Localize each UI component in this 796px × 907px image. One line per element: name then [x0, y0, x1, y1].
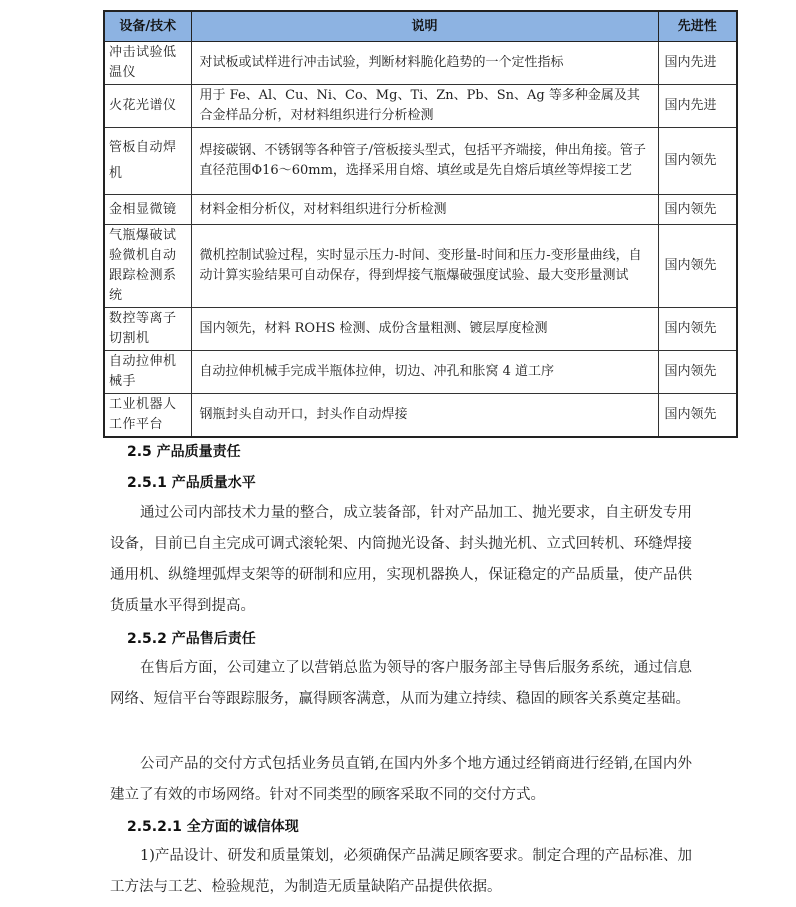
equipment-description: 用于 Fe、Al、Cu、Ni、Co、Mg、Ti、Zn、Pb、Sn、Ag 等多种金…	[191, 85, 658, 128]
table-row: 冲击试验低温仪 对试板或试样进行冲击试验，判断材料脆化趋势的一个定性指标 国内先…	[104, 42, 737, 85]
equipment-advancement: 国内领先	[658, 308, 737, 351]
paragraph-integrity: 1)产品设计、研发和质量策划，必须确保产品满足顾客要求。制定合理的产品标准、加工…	[110, 841, 692, 903]
paragraph-after-sales: 在售后方面，公司建立了以营销总监为领导的客户服务部主导售后服务系统，通过信息网络…	[110, 653, 692, 715]
equipment-name: 管板自动焊机	[104, 128, 191, 195]
equipment-description: 对试板或试样进行冲击试验，判断材料脆化趋势的一个定性指标	[191, 42, 658, 85]
table-header-row: 设备/技术 说明 先进性	[104, 11, 737, 42]
section-heading-2-5-1: 2.5.1 产品质量水平	[127, 472, 256, 492]
equipment-table: 设备/技术 说明 先进性 冲击试验低温仪 对试板或试样进行冲击试验，判断材料脆化…	[103, 10, 738, 438]
section-heading-2-5-2: 2.5.2 产品售后责任	[127, 628, 256, 648]
equipment-name: 金相显微镜	[104, 195, 191, 225]
table-row: 工业机器人工作平台 钢瓶封头自动开口，封头作自动焊接 国内领先	[104, 394, 737, 438]
equipment-name: 工业机器人工作平台	[104, 394, 191, 438]
section-heading-2-5-2-1: 2.5.2.1 全方面的诚信体现	[127, 816, 299, 836]
equipment-advancement: 国内先进	[658, 85, 737, 128]
equipment-name: 数控等离子切割机	[104, 308, 191, 351]
equipment-description: 微机控制试验过程，实时显示压力-时间、变形量-时间和压力-变形量曲线，自动计算实…	[191, 225, 658, 308]
equipment-advancement: 国内领先	[658, 351, 737, 394]
equipment-advancement: 国内领先	[658, 394, 737, 438]
header-description: 说明	[191, 11, 658, 42]
equipment-advancement: 国内领先	[658, 195, 737, 225]
equipment-advancement: 国内领先	[658, 225, 737, 308]
equipment-description: 焊接碳钢、不锈钢等各种管子/管板接头型式，包括平齐端接，伸出角接。管子直径范围Φ…	[191, 128, 658, 195]
equipment-advancement: 国内领先	[658, 128, 737, 195]
equipment-advancement: 国内先进	[658, 42, 737, 85]
equipment-description: 材料金相分析仪，对材料组织进行分析检测	[191, 195, 658, 225]
table-row: 火花光谱仪 用于 Fe、Al、Cu、Ni、Co、Mg、Ti、Zn、Pb、Sn、A…	[104, 85, 737, 128]
equipment-description: 国内领先，材料 ROHS 检测、成份含量粗测、镀层厚度检测	[191, 308, 658, 351]
section-heading-2-5: 2.5 产品质量责任	[127, 441, 241, 461]
table-row: 金相显微镜 材料金相分析仪，对材料组织进行分析检测 国内领先	[104, 195, 737, 225]
equipment-name: 自动拉伸机械手	[104, 351, 191, 394]
paragraph-quality-level: 通过公司内部技术力量的整合，成立装备部，针对产品加工、抛光要求，自主研发专用设备…	[110, 498, 692, 622]
equipment-name: 火花光谱仪	[104, 85, 191, 128]
table-row: 数控等离子切割机 国内领先，材料 ROHS 检测、成份含量粗测、镀层厚度检测 国…	[104, 308, 737, 351]
document-page: 设备/技术 说明 先进性 冲击试验低温仪 对试板或试样进行冲击试验，判断材料脆化…	[0, 0, 796, 907]
table-row: 气瓶爆破试验微机自动跟踪检测系统 微机控制试验过程，实时显示压力-时间、变形量-…	[104, 225, 737, 308]
equipment-name: 气瓶爆破试验微机自动跟踪检测系统	[104, 225, 191, 308]
table-row: 自动拉伸机械手 自动拉伸机械手完成半瓶体拉伸，切边、冲孔和胀窝 4 道工序 国内…	[104, 351, 737, 394]
paragraph-delivery: 公司产品的交付方式包括业务员直销,在国内外多个地方通过经销商进行经销,在国内外建…	[110, 749, 692, 811]
equipment-name: 冲击试验低温仪	[104, 42, 191, 85]
equipment-description: 自动拉伸机械手完成半瓶体拉伸，切边、冲孔和胀窝 4 道工序	[191, 351, 658, 394]
header-advancement: 先进性	[658, 11, 737, 42]
equipment-description: 钢瓶封头自动开口，封头作自动焊接	[191, 394, 658, 438]
header-equipment: 设备/技术	[104, 11, 191, 42]
table-row: 管板自动焊机 焊接碳钢、不锈钢等各种管子/管板接头型式，包括平齐端接，伸出角接。…	[104, 128, 737, 195]
